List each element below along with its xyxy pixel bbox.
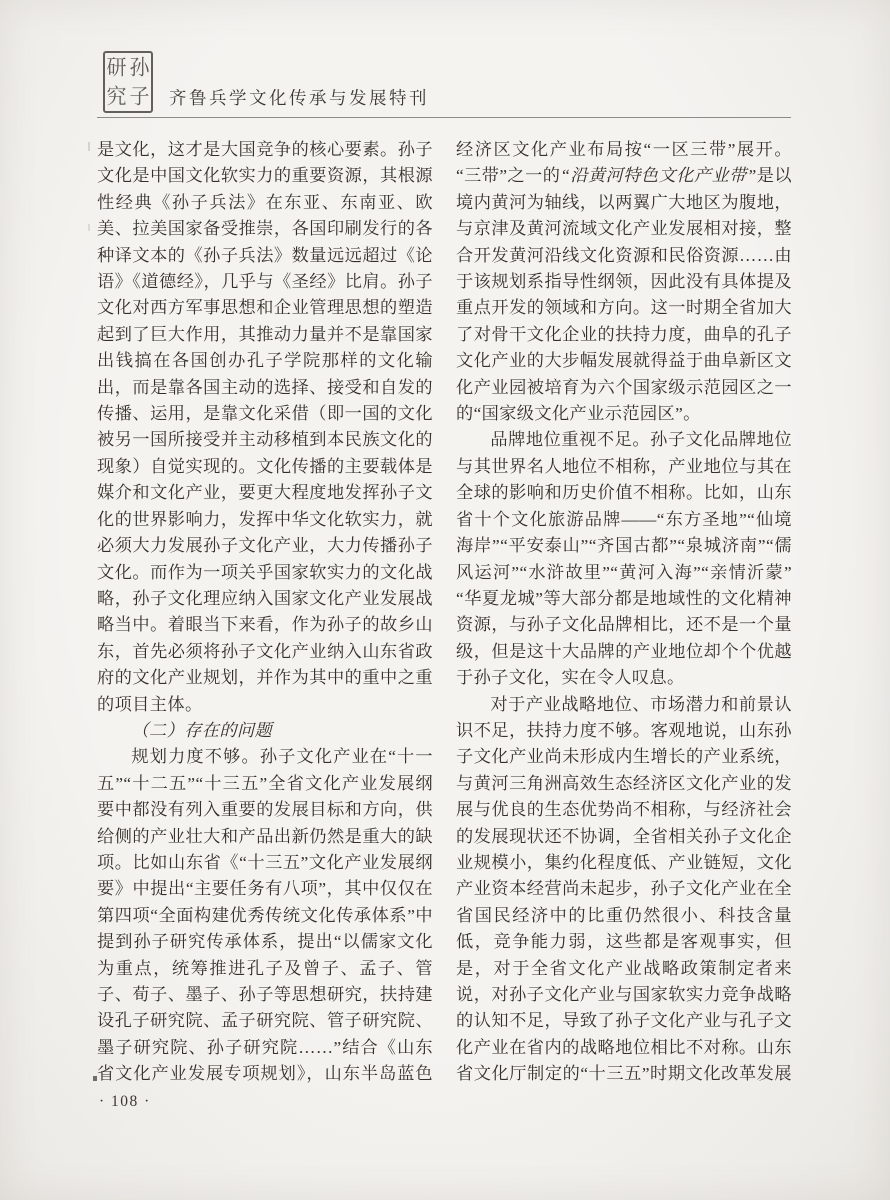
scanned-journal-page: 研 孙 究 子 齐鲁兵学文化传承与发展特刊 是文化，这才是大国竞争的核心要素。孙… bbox=[0, 0, 890, 1200]
planning-paragraph-continuation: 是以境内黄河为轴线，以两翼广大地区为腹地，与京津及黄河流域文化产业发展相对接，整… bbox=[456, 166, 792, 423]
scan-artifact bbox=[93, 1076, 97, 1081]
intro-paragraph-text: 是文化，这才是大国竞争的核心要素。孙子文化是中国文化软实力的重要资源，其根源性经… bbox=[97, 140, 433, 714]
journal-header-title: 齐鲁兵学文化传承与发展特刊 bbox=[169, 85, 429, 110]
intro-paragraph: 是文化，这才是大国竞争的核心要素。孙子文化是中国文化软实力的重要资源，其根源性经… bbox=[97, 137, 433, 718]
seal-char: 研 bbox=[107, 57, 127, 78]
section-heading-text: （二）存在的问题 bbox=[131, 721, 272, 740]
planning-quoted-belt-name: “沿黄河特色文化产业带” bbox=[560, 166, 756, 185]
page-number: · 108 · bbox=[99, 1093, 151, 1111]
scan-artifact bbox=[88, 224, 90, 231]
scan-artifact bbox=[88, 142, 90, 151]
sunzi-research-seal-icon: 研 孙 究 子 bbox=[103, 51, 153, 113]
section-heading: （二）存在的问题 bbox=[97, 718, 433, 744]
brand-paragraph-text: 品牌地位重视不足。孙子文化品牌地位与其世界名人地位不相称，产业地位与其在全球的影… bbox=[456, 430, 792, 687]
header-divider bbox=[97, 117, 791, 118]
seal-char: 子 bbox=[130, 86, 150, 107]
brand-paragraph: 品牌地位重视不足。孙子文化品牌地位与其世界名人地位不相称，产业地位与其在全球的影… bbox=[456, 427, 792, 691]
seal-char: 孙 bbox=[130, 57, 150, 78]
seal-char: 究 bbox=[107, 86, 127, 107]
article-body: 是文化，这才是大国竞争的核心要素。孙子文化是中国文化软实力的重要资源，其根源性经… bbox=[97, 137, 792, 1089]
